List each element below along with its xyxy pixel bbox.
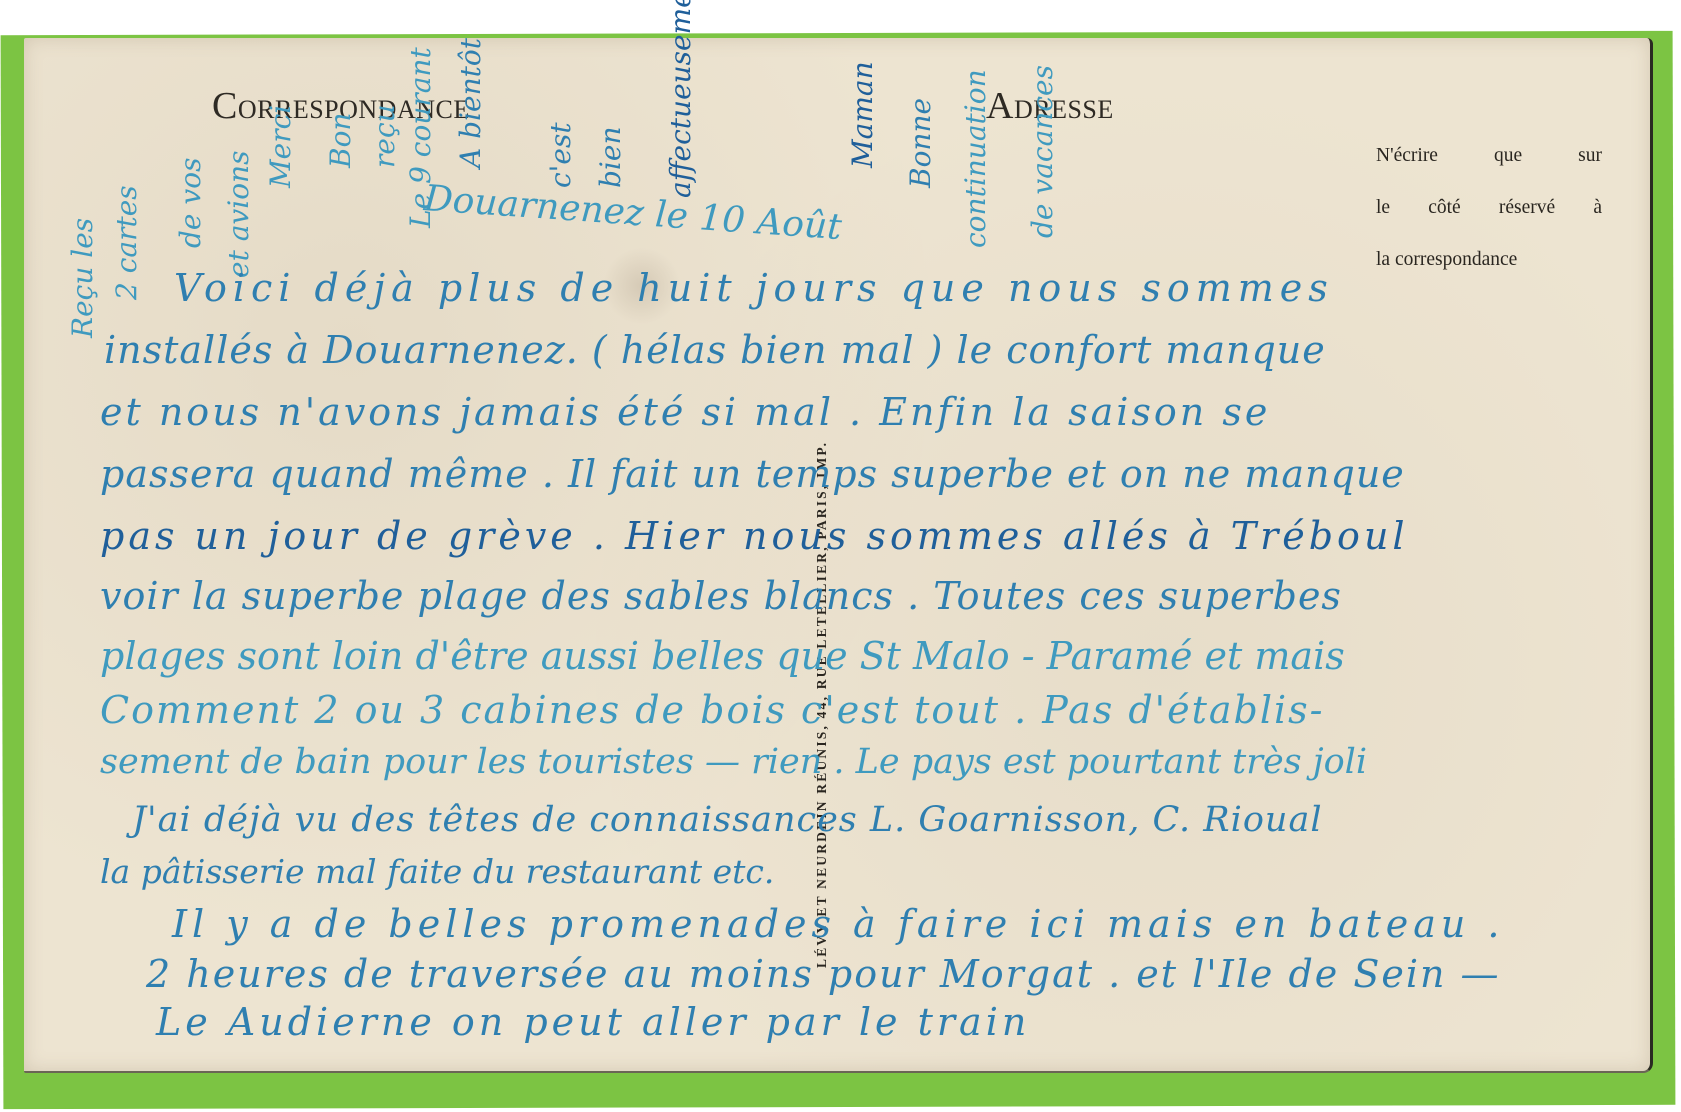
margin-note: c'est: [544, 122, 577, 188]
message-line: Comment 2 ou 3 cabines de bois c'est tou…: [100, 688, 1325, 732]
margin-note: de vacances: [1026, 65, 1059, 238]
message-line: sement de bain pour les touristes — rien…: [100, 742, 1367, 782]
margin-note: et avions: [222, 151, 255, 278]
margin-note: 2 cartes: [110, 185, 143, 300]
margin-note: continuation: [959, 69, 992, 248]
message-line: Voici déjà plus de huit jours que nous s…: [174, 266, 1334, 310]
notice-line: N'écrire que sur: [1376, 130, 1602, 182]
margin-note: reçu: [368, 104, 401, 168]
message-line: Le Audierne on peut aller par le train: [156, 1000, 1030, 1044]
margin-note: Bonne: [904, 98, 937, 188]
margin-note: A bientôt: [454, 38, 487, 168]
message-line: passera quand même . Il fait un temps su…: [100, 452, 1405, 496]
notice-line: le côté réservé à: [1376, 182, 1602, 234]
margin-note: Merci: [264, 105, 297, 188]
message-line: J'ai déjà vu des têtes de connaissances …: [132, 800, 1323, 840]
message-line: la pâtisserie mal faite du restaurant et…: [100, 852, 774, 891]
message-line: Il y a de belles promenades à faire ici …: [172, 902, 1505, 946]
postcard: CORRESPONDANCE ADRESSE N'écrire que sur …: [24, 38, 1653, 1073]
message-line: plages sont loin d'être aussi belles que…: [100, 634, 1345, 678]
margin-note: Maman: [846, 61, 879, 168]
margin-note: Bon: [324, 113, 357, 168]
margin-note: Reçu les: [66, 218, 99, 338]
margin-note: de vos: [174, 158, 207, 248]
message-line: voir la superbe plage des sables blancs …: [100, 574, 1342, 618]
date-line: Douarnenez le 10 Août: [423, 178, 843, 248]
heading-initial: C: [212, 85, 238, 127]
message-line: et nous n'avons jamais été si mal . Enfi…: [100, 390, 1270, 434]
margin-note: affectueusement: [664, 0, 697, 198]
message-line: pas un jour de grève . Hier nous sommes …: [100, 514, 1409, 558]
notice-line: la correspondance: [1376, 234, 1602, 286]
message-line: installés à Douarnenez. ( hélas bien mal…: [104, 328, 1326, 372]
message-line: 2 heures de traversée au moins pour Morg…: [146, 952, 1501, 996]
margin-note: bien: [594, 127, 627, 188]
writing-notice: N'écrire que sur le côté réservé à la co…: [1376, 130, 1602, 286]
